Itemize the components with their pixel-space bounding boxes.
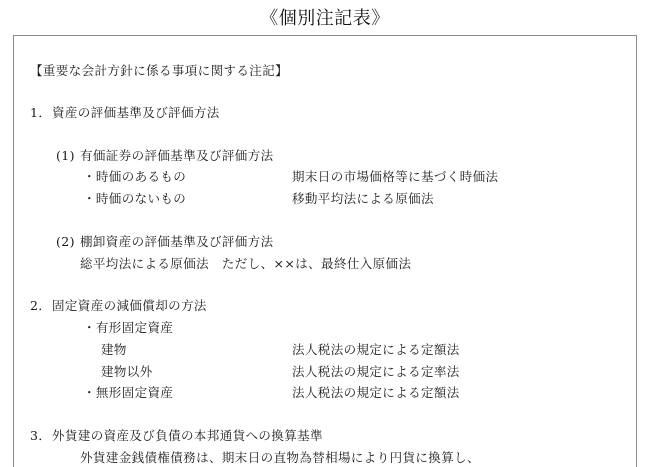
row-method-non-buildings: 法人税法の規定による定率法 — [292, 364, 460, 380]
row-method-buildings: 法人税法の規定による定額法 — [292, 342, 460, 358]
section-2-number: 2． — [30, 298, 51, 314]
subsection-1-1-label: (1) — [56, 148, 75, 164]
row-method-market-value: 期末日の市場価格等に基づく時価法 — [292, 169, 498, 185]
section-3-text: 外貨建金銭債権債務は、期末日の直物為替相場により円貨に換算し、 — [80, 450, 480, 466]
section-3-title: 外貨建の資産及び負債の本邦通貨への換算基準 — [52, 428, 323, 444]
row-method-intangible-assets: 法人税法の規定による定額法 — [292, 385, 460, 401]
subsection-1-2-text: 総平均法による原価法 ただし、××は、最終仕入原価法 — [80, 256, 411, 272]
section-1-number: 1． — [30, 105, 51, 121]
section-2-title: 固定資産の減価償却の方法 — [52, 298, 207, 314]
row-item-tangible-assets: ・有形固定資産 — [83, 320, 173, 336]
row-method-no-market-value: 移動平均法による原価法 — [292, 191, 434, 207]
row-item-buildings: 建物 — [101, 342, 127, 358]
row-item-market-value: ・時価のあるもの — [83, 169, 186, 185]
notes-box — [13, 35, 637, 467]
document-title: 《個別注記表》 — [0, 4, 650, 30]
subsection-1-2-label: (2) — [56, 234, 75, 250]
section-3-number: 3． — [30, 428, 51, 444]
row-item-non-buildings: 建物以外 — [101, 364, 153, 380]
subsection-1-2-title: 棚卸資産の評価基準及び評価方法 — [80, 234, 274, 250]
row-item-no-market-value: ・時価のないもの — [83, 191, 186, 207]
row-item-intangible-assets: ・無形固定資産 — [83, 385, 173, 401]
section-1-title: 資産の評価基準及び評価方法 — [52, 105, 220, 121]
notes-heading: 【重要な会計方針に係る事項に関する注記】 — [30, 63, 288, 79]
subsection-1-1-title: 有価証券の評価基準及び評価方法 — [80, 148, 274, 164]
